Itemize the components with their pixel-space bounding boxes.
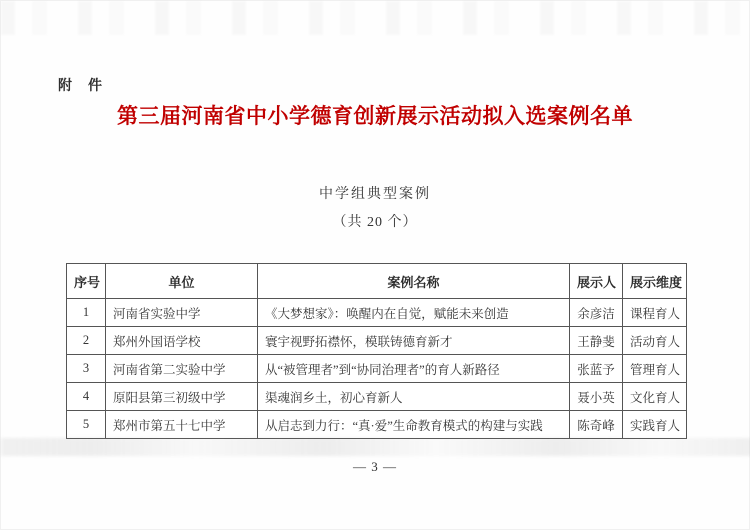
cell-unit: 河南省第二实验中学	[106, 355, 258, 383]
cell-unit: 郑州外国语学校	[106, 327, 258, 355]
scan-noise-artifact	[1, 1, 749, 35]
cell-no: 1	[67, 299, 106, 327]
cell-no: 4	[67, 383, 106, 411]
header-no: 序号	[67, 264, 106, 299]
page-number: — 3 —	[1, 459, 749, 475]
cell-dimension: 课程育人	[623, 299, 687, 327]
table-row: 2 郑州外国语学校 寰宇视野拓襟怀，模联铸德育新才 王静斐 活动育人	[67, 327, 687, 355]
cell-no: 3	[67, 355, 106, 383]
cell-unit: 河南省实验中学	[106, 299, 258, 327]
case-table: 序号 单位 案例名称 展示人 展示维度 1 河南省实验中学 《大梦想家》：唤醒内…	[66, 263, 687, 439]
header-dimension: 展示维度	[623, 264, 687, 299]
cell-case: 《大梦想家》：唤醒内在自觉，赋能未来创造	[258, 299, 570, 327]
cell-case: 从启志到力行：“真·爱”生命教育模式的构建与实践	[258, 411, 570, 439]
group-subtitle: 中学组典型案例	[1, 183, 749, 203]
cell-no: 2	[67, 327, 106, 355]
table-row: 4 原阳县第三初级中学 渠魂润乡土，初心育新人 聂小英 文化育人	[67, 383, 687, 411]
header-unit: 单位	[106, 264, 258, 299]
attachment-label: 附 件	[58, 75, 103, 95]
cell-case: 渠魂润乡土，初心育新人	[258, 383, 570, 411]
header-case: 案例名称	[258, 264, 570, 299]
count-note: （共 20 个）	[1, 211, 749, 231]
cell-dimension: 实践育人	[623, 411, 687, 439]
cell-dimension: 活动育人	[623, 327, 687, 355]
cell-case: 从“被管理者”到“协同治理者”的育人新路径	[258, 355, 570, 383]
cell-no: 5	[67, 411, 106, 439]
table-row: 3 河南省第二实验中学 从“被管理者”到“协同治理者”的育人新路径 张蓝予 管理…	[67, 355, 687, 383]
document-page: 附 件 第三届河南省中小学德育创新展示活动拟入选案例名单 中学组典型案例 （共 …	[0, 0, 750, 530]
cell-presenter: 余彦洁	[570, 299, 623, 327]
cell-dimension: 管理育人	[623, 355, 687, 383]
cell-dimension: 文化育人	[623, 383, 687, 411]
scan-smear-artifact	[1, 438, 750, 456]
cell-presenter: 聂小英	[570, 383, 623, 411]
table-row: 5 郑州市第五十七中学 从启志到力行：“真·爱”生命教育模式的构建与实践 陈奇峰…	[67, 411, 687, 439]
cell-presenter: 王静斐	[570, 327, 623, 355]
cell-unit: 郑州市第五十七中学	[106, 411, 258, 439]
page-title: 第三届河南省中小学德育创新展示活动拟入选案例名单	[1, 100, 749, 130]
table-row: 1 河南省实验中学 《大梦想家》：唤醒内在自觉，赋能未来创造 余彦洁 课程育人	[67, 299, 687, 327]
cell-case: 寰宇视野拓襟怀，模联铸德育新才	[258, 327, 570, 355]
header-presenter: 展示人	[570, 264, 623, 299]
cell-presenter: 陈奇峰	[570, 411, 623, 439]
table-header-row: 序号 单位 案例名称 展示人 展示维度	[67, 264, 687, 299]
cell-unit: 原阳县第三初级中学	[106, 383, 258, 411]
cell-presenter: 张蓝予	[570, 355, 623, 383]
